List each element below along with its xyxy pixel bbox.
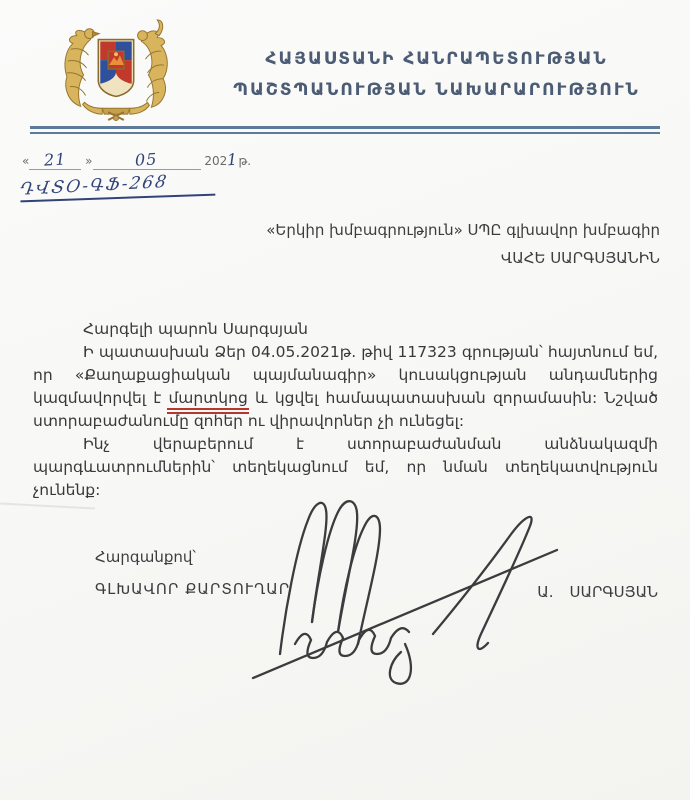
signer-surname: ՍԱՐԳՍՅԱՆ — [570, 583, 659, 601]
handwritten-signature — [225, 492, 565, 692]
red-underlined-word: մարտկոց — [168, 389, 247, 407]
scan-crease-artifact — [0, 503, 95, 510]
paragraph-1: Ի պատասխան Ձեր 04.05.2021թ. թիվ 117323 գ… — [33, 341, 658, 433]
close-quote: » — [85, 154, 92, 168]
handwritten-day: 21 — [44, 149, 67, 169]
open-quote: « — [22, 154, 29, 168]
ministry-title: ՀԱՅԱՍՏԱՆԻ ՀԱՆՐԱՊԵՏՈՒԹՅԱՆ ՊԱՇՏՊԱՆՈՒԹՅԱՆ Ն… — [195, 44, 678, 106]
ministry-title-line1: ՀԱՅԱՍՏԱՆԻ ՀԱՆՐԱՊԵՏՈՒԹՅԱՆ — [195, 44, 678, 75]
scanned-letter-page: ՀԱՅԱՍՏԱՆԻ ՀԱՆՐԱՊԵՏՈՒԹՅԱՆ ՊԱՇՏՊԱՆՈՒԹՅԱՆ Ն… — [0, 0, 690, 800]
letter-body: Հարգելի պարոն Սարգսյան Ի պատասխան Ձեր 04… — [33, 318, 658, 502]
salutation: Հարգելի պարոն Սարգսյան — [33, 318, 658, 341]
closing-regards: Հարգանքով՝ — [95, 548, 196, 566]
reference-number-line: ԴՎՏՕ-ԳՖ-268 — [20, 172, 216, 203]
handwritten-year-digit: 1 — [227, 150, 239, 170]
ministry-title-line2: ՊԱՇՏՊԱՆՈՒԹՅԱՆ ՆԱԽԱՐԱՐՈՒԹՅՈՒՆ — [195, 75, 678, 106]
handwritten-month: 05 — [135, 149, 158, 169]
header-divider-line — [30, 126, 660, 134]
addressee-block: «Երկիր խմբագրություն» ՍՊԸ գլխավոր խմբագի… — [266, 216, 660, 272]
armenia-coat-of-arms-icon — [56, 14, 176, 122]
addressee-name: ՎԱՀԵ ՍԱՐԳՍՅԱՆԻՆ — [266, 244, 660, 272]
year-suffix: թ. — [238, 154, 251, 168]
addressee-organization: «Երկիր խմբագրություն» ՍՊԸ գլխավոր խմբագի… — [266, 216, 660, 244]
printed-year: 202 — [204, 154, 227, 168]
handwritten-reference-number: ԴՎՏՕ-ԳՖ-268 — [18, 172, 169, 200]
date-line: «21 »05 2021թ. — [22, 150, 251, 170]
